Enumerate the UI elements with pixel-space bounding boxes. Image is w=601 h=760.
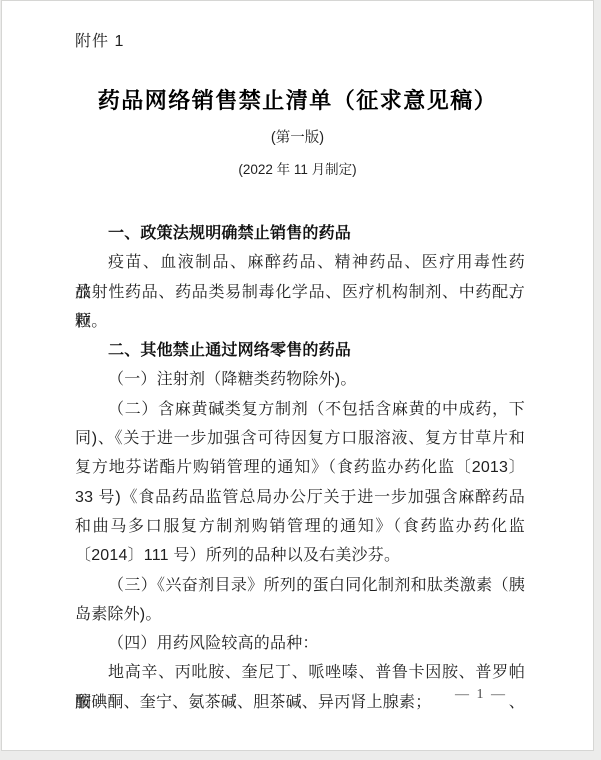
body-line: 放射性药品、药品类易制毒化学品、医疗机构制剂、中药配方颗 — [75, 278, 525, 307]
body-line: 和曲马多口服复方制剂购销管理的通知》（食药监办药化监 — [75, 512, 525, 541]
body-line: 〔2014〕111 号）所列的品种以及右美沙芬。 — [75, 541, 525, 570]
section-heading-1: 一、政策法规明确禁止销售的药品 — [75, 219, 525, 248]
body-line: （一）注射剂（降糖类药物除外)。 — [75, 365, 525, 394]
date-note: (2022 年 11 月制定) — [2, 158, 593, 178]
document-page: 附件 1 药品网络销售禁止清单（征求意见稿） (第一版) (2022 年 11 … — [1, 0, 594, 751]
body-line: （二）含麻黄碱类复方制剂（不包括含麻黄的中成药，下 — [75, 395, 525, 424]
body-line: 岛素除外)。 — [75, 600, 525, 629]
edition-note: (第一版) — [2, 126, 593, 147]
body-line: 疫苗、血液制品、麻醉药品、精神药品、医疗用毒性药品、 — [75, 248, 525, 277]
body-line: （三）《兴奋剂目录》所列的蛋白同化制剂和肽类激素（胰 — [75, 571, 525, 600]
body-line: 33 号)《食品药品监管总局办公厅关于进一步加强含麻醉药品 — [75, 483, 525, 512]
body-line: 复方地芬诺酯片购销管理的通知》（食药监办药化监〔2013〕 — [75, 453, 525, 482]
body-line: （四）用药风险较高的品种： — [75, 629, 525, 658]
body-line: 同)、《关于进一步加强含可待因复方口服溶液、复方甘草片和 — [75, 424, 525, 453]
page-number: — 1 — — [455, 687, 507, 703]
attachment-label: 附件 1 — [75, 28, 593, 51]
section-heading-2: 二、其他禁止通过网络零售的药品 — [75, 336, 525, 365]
body-line: 地高辛、丙吡胺、奎尼丁、哌唑嗪、普鲁卡因胺、普罗帕酮、 — [75, 658, 525, 687]
body-line: 粒。 — [75, 307, 525, 336]
document-title: 药品网络销售禁止清单（征求意见稿） — [2, 84, 593, 115]
document-body: 一、政策法规明确禁止销售的药品 疫苗、血液制品、麻醉药品、精神药品、医疗用毒性药… — [75, 219, 525, 717]
